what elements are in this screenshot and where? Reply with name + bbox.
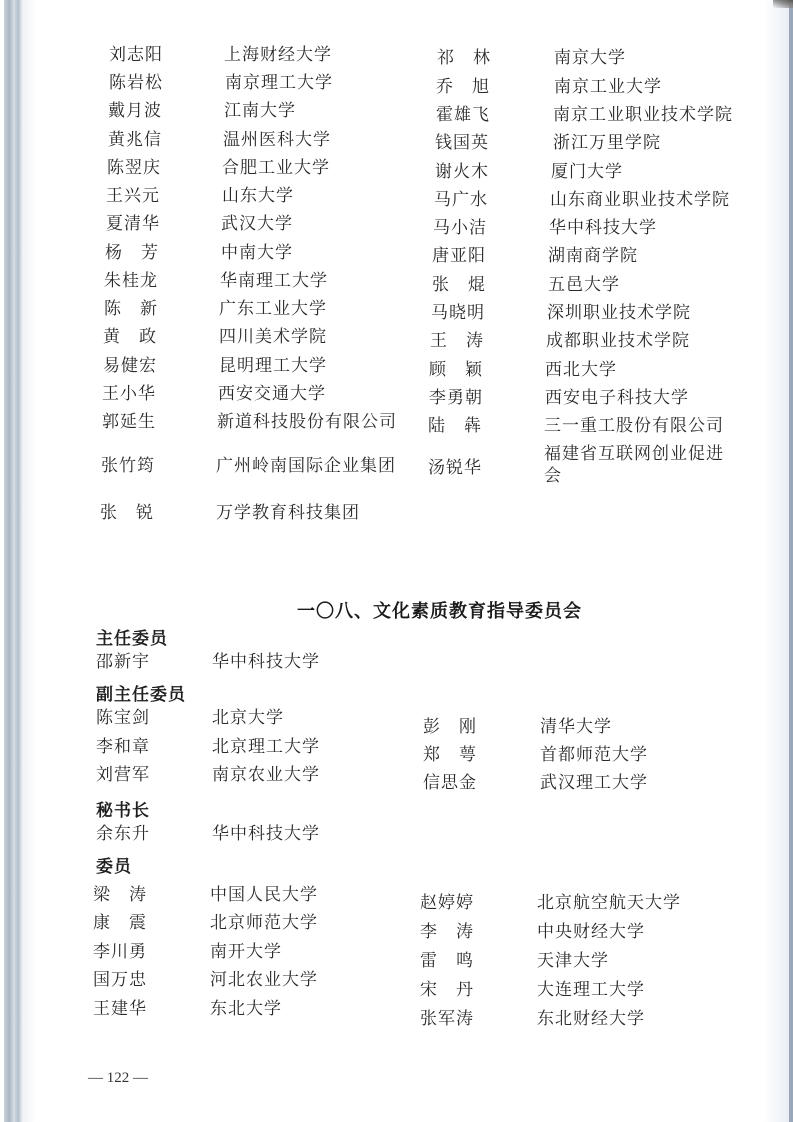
- member-name: 王建华: [93, 999, 147, 1019]
- page-binding-left-fade: [22, 0, 36, 1122]
- member-name: 谢火木: [435, 162, 489, 182]
- member-name: 马广水: [434, 190, 488, 210]
- member-org-line2: 会: [544, 466, 562, 486]
- member-name: 李川勇: [93, 942, 147, 962]
- member-org: 清华大学: [540, 717, 612, 737]
- member-org: 中国人民大学: [210, 885, 318, 905]
- member-org: 五邑大学: [548, 275, 620, 295]
- member-org: 成都职业技术学院: [546, 331, 690, 351]
- member-org: 东北大学: [210, 999, 282, 1019]
- member-name: 雷 鸣: [420, 951, 474, 971]
- member-name: 陈 新: [104, 299, 158, 319]
- member-name: 刘志阳: [109, 45, 163, 65]
- member-name: 黄 政: [103, 327, 157, 347]
- member-org: 厦门大学: [551, 162, 623, 182]
- member-org: 华中科技大学: [212, 824, 320, 844]
- member-name: 乔 旭: [436, 77, 490, 97]
- member-name: 王小华: [102, 384, 156, 404]
- member-name: 马晓明: [431, 303, 485, 323]
- member-org: 武汉大学: [221, 214, 293, 234]
- member-name: 李 涛: [420, 922, 474, 942]
- member-name: 陈宝剑: [96, 708, 150, 728]
- member-name: 郭延生: [102, 412, 156, 432]
- member-org: 西北大学: [545, 360, 617, 380]
- member-org: 中央财经大学: [537, 922, 645, 942]
- member-name: 夏清华: [106, 214, 160, 234]
- member-org: 中南大学: [221, 243, 293, 263]
- member-name: 李和章: [96, 737, 150, 757]
- member-name: 余东升: [96, 824, 150, 844]
- section-title: 一〇八、文化素质教育指导委员会: [297, 597, 582, 623]
- member-org: 上海财经大学: [224, 45, 332, 65]
- member-name: 朱桂龙: [104, 271, 158, 291]
- member-name: 赵婷婷: [420, 893, 474, 913]
- member-org: 天津大学: [537, 951, 609, 971]
- member-name: 张军涛: [420, 1009, 474, 1029]
- member-name: 刘营军: [96, 765, 150, 785]
- member-name: 信思金: [423, 773, 477, 793]
- page-number: — 122 —: [88, 1070, 148, 1087]
- member-org: 温州医科大学: [223, 130, 331, 150]
- member-org: 西安交通大学: [218, 384, 326, 404]
- member-org: 华中科技大学: [212, 652, 320, 672]
- member-org: 山东大学: [222, 186, 294, 206]
- member-org: 东北财经大学: [537, 1009, 645, 1029]
- member-org: 山东商业职业技术学院: [550, 190, 730, 210]
- member-org: 西安电子科技大学: [545, 388, 689, 408]
- page-corner-shadow: [773, 0, 793, 8]
- member-name: 彭 刚: [423, 717, 477, 737]
- member-org: 广州岭南国际企业集团: [216, 456, 396, 476]
- member-name: 邵新宇: [96, 652, 150, 672]
- member-org: 南京大学: [554, 48, 626, 68]
- member-org: 北京理工大学: [212, 737, 320, 757]
- member-name: 张竹筠: [101, 456, 155, 476]
- member-name: 易健宏: [103, 356, 157, 376]
- page-binding-left: [4, 0, 22, 1122]
- member-name: 钱国英: [435, 133, 489, 153]
- member-org: 武汉理工大学: [540, 773, 648, 793]
- member-name: 马小洁: [433, 218, 487, 238]
- member-org: 大连理工大学: [537, 980, 645, 1000]
- member-name: 王兴元: [106, 186, 160, 206]
- member-name: 宋 丹: [420, 980, 474, 1000]
- member-org: 南京农业大学: [212, 765, 320, 785]
- member-org: 南开大学: [210, 942, 282, 962]
- member-org: 南京工业职业技术学院: [553, 105, 733, 125]
- member-org: 北京大学: [212, 708, 284, 728]
- member-org: 江南大学: [224, 101, 296, 121]
- list-item: 刘志阳: [109, 45, 163, 65]
- member-name: 张 锐: [100, 503, 154, 523]
- member-name: 陈岩松: [109, 73, 163, 93]
- member-org: 湖南商学院: [548, 246, 638, 266]
- member-org: 万学教育科技集团: [216, 503, 360, 523]
- member-name: 郑 萼: [423, 745, 477, 765]
- member-name: 黄兆信: [108, 130, 162, 150]
- page-binding-right-fade: [763, 0, 789, 1122]
- member-name: 霍雄飞: [436, 105, 490, 125]
- member-name: 祁 林: [437, 48, 491, 68]
- role-label-director: 主任委员: [96, 624, 168, 649]
- member-name: 顾 颖: [429, 360, 483, 380]
- member-org: 河北农业大学: [210, 970, 318, 990]
- member-org: 合肥工业大学: [222, 158, 330, 178]
- member-org: 浙江万里学院: [553, 133, 661, 153]
- member-name: 汤锐华: [428, 458, 482, 478]
- member-org: 首都师范大学: [540, 745, 648, 765]
- member-org: 深圳职业技术学院: [547, 303, 691, 323]
- member-name: 梁 涛: [93, 885, 147, 905]
- member-name: 王 涛: [430, 331, 484, 351]
- member-org: 新道科技股份有限公司: [217, 412, 397, 432]
- member-name: 唐亚阳: [432, 246, 486, 266]
- role-label-members: 委员: [96, 852, 132, 877]
- member-name: 张 焜: [432, 275, 486, 295]
- member-org: 四川美术学院: [219, 327, 327, 347]
- member-org: 华中科技大学: [549, 218, 657, 238]
- member-org: 昆明理工大学: [219, 356, 327, 376]
- member-org: 北京航空航天大学: [537, 893, 681, 913]
- member-org: 华南理工大学: [220, 271, 328, 291]
- member-name: 戴月波: [108, 101, 162, 121]
- member-org: 南京理工大学: [225, 73, 333, 93]
- member-name: 李勇朝: [429, 388, 483, 408]
- member-org-line1: 福建省互联网创业促进: [544, 444, 724, 464]
- member-name: 陆 犇: [428, 416, 482, 436]
- member-org: 南京工业大学: [554, 77, 662, 97]
- member-org: 北京师范大学: [210, 913, 318, 933]
- member-name: 康 震: [93, 913, 147, 933]
- member-org: 三一重工股份有限公司: [544, 416, 724, 436]
- member-name: 杨 芳: [105, 243, 159, 263]
- role-label-deputy: 副主任委员: [96, 680, 186, 705]
- page-binding-right: [789, 0, 793, 1122]
- member-name: 国万忠: [93, 970, 147, 990]
- role-label-secretary: 秘书长: [96, 796, 150, 821]
- member-name: 陈翌庆: [107, 158, 161, 178]
- member-org: 广东工业大学: [219, 299, 327, 319]
